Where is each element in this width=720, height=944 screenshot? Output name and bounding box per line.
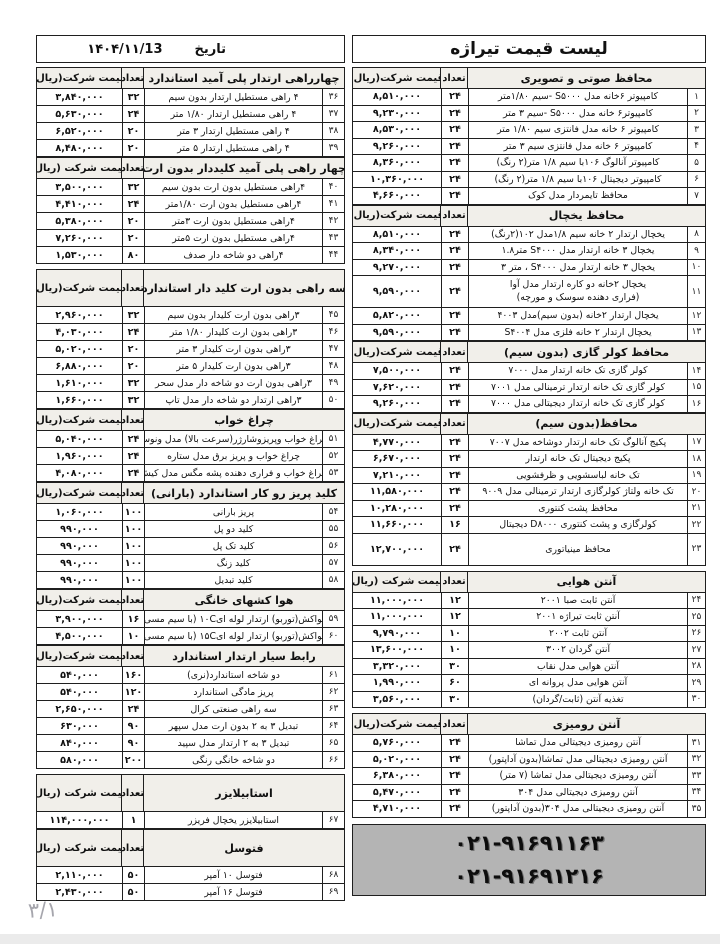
item-quantity: ۲۴ xyxy=(122,431,144,447)
item-description: آنتن رومیزی دیجیتالی مدل ۳۰۴(بدون آداپتو… xyxy=(468,801,687,817)
price-header: قیمت شرکت(ریال) xyxy=(353,206,440,226)
section-title: محافظ کولر گازی (بدون سیم) xyxy=(467,342,705,362)
row-number: ۶۲ xyxy=(322,684,344,700)
row-number: ۱۶ xyxy=(687,396,705,412)
item-description: آنتن هوایی مدل پروانه ای xyxy=(468,675,687,691)
item-quantity: ۱۶ xyxy=(441,517,468,533)
section-title: محافظ(بدون سیم) xyxy=(467,414,705,434)
item-price: ۴,۷۱۰,۰۰۰ xyxy=(353,801,441,817)
section-header-row: رابط سیار ارتدار استانداردتعدادقیمت شرکت… xyxy=(37,646,344,666)
item-quantity: ۲۴ xyxy=(441,122,468,138)
item-row: ۱۳یخچال ارتدار ۲ خانه فلزی مدل S۴۰۰۴۲۴۹,… xyxy=(353,324,705,341)
item-row: ۴۳۴راهی مستطیل بدون ارت ۵متر۲۰۷,۲۶۰,۰۰۰ xyxy=(37,229,344,246)
item-description: کامپیوتر ۶خانه مدل S۵۰۰۰ -سیم ۱/۸۰متر xyxy=(468,89,687,105)
item-price: ۵,۰۴۰,۰۰۰ xyxy=(37,431,122,447)
item-price: ۵۴۰,۰۰۰ xyxy=(37,684,122,700)
price-header: قیمت شرکت(ریال) xyxy=(353,342,440,362)
section-block: محافظ صوتی و تصویریتعدادقیمت شرکت(ریال)۱… xyxy=(352,67,706,205)
item-row: ۲۲کولرگازی و پشت کنتوری D۸۰۰۰ دیجیتال۱۶۱… xyxy=(353,516,705,533)
item-price: ۹۹۰,۰۰۰ xyxy=(37,538,122,554)
item-quantity: ۲۰ xyxy=(122,341,144,357)
item-description: پریز بارانی xyxy=(144,504,322,520)
item-price: ۵,۸۲۰,۰۰۰ xyxy=(353,308,441,324)
row-number: ۲۱ xyxy=(687,501,705,517)
section-header-row: سه راهی بدون ارت کلید دار استانداردتعداد… xyxy=(37,270,344,306)
row-number: ۲۸ xyxy=(687,659,705,675)
item-description: کامپیوتر آنالوگ ۱۰۶با سیم ۱/۸ متر(۲ رنگ) xyxy=(468,155,687,171)
item-row: ۱۶کولر گازی تک خانه ارتدار دیجیتالی مدل … xyxy=(353,395,705,412)
quantity-header: تعداد xyxy=(440,714,467,734)
item-row: ۴۰۴راهی مستطیل بدون ارت بدون سیم۳۲۳,۵۰۰,… xyxy=(37,178,344,195)
quantity-header: تعداد xyxy=(440,414,467,434)
item-row: ۵۸کلید تبدیل۱۰۰۹۹۰,۰۰۰ xyxy=(37,571,344,588)
item-description: ۴راهی مستطیل بدون ارت ۵متر xyxy=(144,230,322,246)
item-quantity: ۲۴ xyxy=(441,363,468,379)
item-price: ۵۴۰,۰۰۰ xyxy=(37,667,122,683)
row-number: ۶۷ xyxy=(322,812,344,828)
price-header: قیمت شرکت(ریال) xyxy=(37,590,121,610)
row-number: ۹ xyxy=(687,243,705,259)
item-description: آنتن رومیزی دیجیتالی مدل تماشا xyxy=(468,735,687,751)
item-quantity: ۱۲۰ xyxy=(122,684,144,700)
item-price: ۵,۳۸۰,۰۰۰ xyxy=(37,213,122,229)
item-row: ۹یخچال ۳ خانه ارتدار مدل S۴۰۰۰ متر۱.۸۲۴۸… xyxy=(353,242,705,259)
section-header-row: محافظ یخچالتعدادقیمت شرکت(ریال) xyxy=(353,206,705,226)
row-number: ۳۹ xyxy=(322,140,344,156)
row-number: ۲۰ xyxy=(687,484,705,500)
row-number: ۳ xyxy=(687,122,705,138)
row-number: ۳۵ xyxy=(687,801,705,817)
price-header: قیمت شرکت(ریال) xyxy=(353,68,440,88)
item-description: چراغ خواب و پریز برق مدل ستاره xyxy=(144,448,322,464)
item-description: ۴ راهی مستطیل ارتدار ۳ متر xyxy=(144,123,322,139)
item-row: ۴۱۴راهی مستطیل بدون ارت ۱/۸۰متر۲۴۴,۴۱۰,۰… xyxy=(37,195,344,212)
item-quantity: ۲۰ xyxy=(122,213,144,229)
item-price: ۹,۲۶۰,۰۰۰ xyxy=(353,396,441,412)
item-quantity: ۱۲ xyxy=(441,609,468,625)
item-quantity: ۱۰۰ xyxy=(122,521,144,537)
section-title: محافظ صوتی و تصویری xyxy=(467,68,705,88)
quantity-header: تعداد xyxy=(440,572,467,592)
item-price: ۹,۵۹۰,۰۰۰ xyxy=(353,276,441,307)
item-row: ۱۴کولر گازی تک خانه ارتدار مدل ۷۰۰۰۲۴۷,۵… xyxy=(353,362,705,379)
item-description: کامپیوتر ۶ خانه مدل فانتزی سیم ۱/۸۰ متر xyxy=(468,122,687,138)
item-quantity: ۳۲ xyxy=(122,89,144,105)
item-price: ۱,۹۶۰,۰۰۰ xyxy=(37,448,122,464)
section-block: چراغ خوابتعدادقیمت شرکت(ریال)۵۱چراغ خواب… xyxy=(36,409,345,482)
item-row: ۳۱آنتن رومیزی دیجیتالی مدل تماشا۲۴۵,۷۶۰,… xyxy=(353,734,705,751)
item-description: ۳راهی ارتدار دو شاخه دار مدل تاپ xyxy=(144,392,322,408)
item-quantity: ۲۰ xyxy=(122,358,144,374)
item-quantity: ۱۲ xyxy=(441,593,468,609)
item-quantity: ۲۴ xyxy=(441,106,468,122)
row-number: ۲۹ xyxy=(687,675,705,691)
item-description: کلید تبدیل xyxy=(144,572,322,588)
item-price: ۱,۵۳۰,۰۰۰ xyxy=(37,247,122,263)
document-title-box: لیست قیمت تیراژه xyxy=(352,35,706,63)
item-description: کامپیوتر دیجیتال ۱۰۶با سیم ۱/۸ متر(۲ رنگ… xyxy=(468,172,687,188)
item-quantity: ۱ xyxy=(122,812,144,828)
item-description: کلید دو پل xyxy=(144,521,322,537)
section-block: چهار راهی پلی آمید کلیددار بدون ارتتعداد… xyxy=(36,157,345,264)
item-quantity: ۳۰ xyxy=(441,692,468,708)
price-header: قیمت شرکت (ریال) xyxy=(37,158,121,178)
price-header: قیمت شرکت(ریال) xyxy=(353,714,440,734)
item-price: ۴,۶۶۰,۰۰۰ xyxy=(353,188,441,204)
item-description: ۴ راهی مستطیل ارتدار بدون سیم xyxy=(144,89,322,105)
item-price: ۱۰,۳۶۰,۰۰۰ xyxy=(353,172,441,188)
item-quantity: ۲۴ xyxy=(122,196,144,212)
item-row: ۲کامپیوتر۶ خانه مدل S۵۰۰۰ -سیم ۳ متر۲۴۹,… xyxy=(353,105,705,122)
row-number: ۲۲ xyxy=(687,517,705,533)
item-description: ۳راهی بدون ارت کلیدار ۱/۸۰ متر xyxy=(144,324,322,340)
quantity-header: تعداد xyxy=(121,270,143,306)
item-description: ۳راهی بدون ارت کلیدار ۵ متر xyxy=(144,358,322,374)
item-description: محافظ پشت کنتوری xyxy=(468,501,687,517)
row-number: ۱۵ xyxy=(687,380,705,396)
item-row: ۳۳آنتن رومیزی دیجیتالی مدل تماشا (۷ متر)… xyxy=(353,767,705,784)
row-number: ۵۶ xyxy=(322,538,344,554)
item-quantity: ۳۲ xyxy=(122,375,144,391)
section-header-row: چهارراهی ارتدار پلی آمید استانداردتعدادق… xyxy=(37,68,344,88)
item-quantity: ۲۴ xyxy=(441,308,468,324)
item-quantity: ۱۶ xyxy=(122,611,144,627)
item-price: ۶,۵۲۰,۰۰۰ xyxy=(37,123,122,139)
item-price: ۳,۳۲۰,۰۰۰ xyxy=(353,659,441,675)
row-number: ۳۴ xyxy=(687,785,705,801)
row-number: ۷ xyxy=(687,188,705,204)
item-description: آنتن رومیزی دیجیتالی مدل تماشا(بدون آداپ… xyxy=(468,752,687,768)
item-quantity: ۲۴ xyxy=(441,484,468,500)
row-number: ۴ xyxy=(687,139,705,155)
item-price: ۶,۳۸۰,۰۰۰ xyxy=(353,768,441,784)
row-number: ۴۰ xyxy=(322,179,344,195)
item-row: ۶۶دو شاخه خانگی رنگی۲۰۰۵۸۰,۰۰۰ xyxy=(37,751,344,768)
item-quantity: ۲۰۰ xyxy=(122,752,144,768)
item-row: ۵کامپیوتر آنالوگ ۱۰۶با سیم ۱/۸ متر(۲ رنگ… xyxy=(353,154,705,171)
item-description: ۴راهی مستطیل بدون ارت ۱/۸۰متر xyxy=(144,196,322,212)
date-value: ۱۴۰۴/۱۱/13 xyxy=(87,42,162,57)
item-description: محافظ مینیاتوری xyxy=(468,534,687,565)
item-price: ۶۳۰,۰۰۰ xyxy=(37,718,122,734)
item-description: آنتن ثابت صبا ۲۰۰۱ xyxy=(468,593,687,609)
item-price: ۶,۶۷۰,۰۰۰ xyxy=(353,451,441,467)
section-block: چهارراهی ارتدار پلی آمید استانداردتعدادق… xyxy=(36,67,345,157)
item-quantity: ۱۰۰ xyxy=(122,538,144,554)
item-description: دو شاخه خانگی رنگی xyxy=(144,752,322,768)
item-row: ۶۰هواکش(توربو) ارتدار لوله ای۱۵C (با سیم… xyxy=(37,627,344,644)
item-row: ۴کامپیوتر ۶ خانه مدل فانتزی سیم ۳ متر۲۴۹… xyxy=(353,138,705,155)
section-title: سه راهی بدون ارت کلید دار استاندارد xyxy=(143,270,344,306)
item-description: چراغ خواب و فراری دهنده پشه مگس مدل کیش xyxy=(144,465,322,481)
section-block: استابیلایزرتعدادقیمت شرکت (ریال)۶۷استابی… xyxy=(36,774,345,829)
item-quantity: ۲۴ xyxy=(441,451,468,467)
item-price: ۱۰,۲۸۰,۰۰۰ xyxy=(353,501,441,517)
phone-number: ۰۲۱-۹۱۶۹۱۱۶۳ xyxy=(454,831,604,855)
row-number: ۱۰ xyxy=(687,260,705,276)
item-row: ۵۲چراغ خواب و پریز برق مدل ستاره۲۴۱,۹۶۰,… xyxy=(37,447,344,464)
left-column-sections: چهارراهی ارتدار پلی آمید استانداردتعدادق… xyxy=(36,67,345,901)
row-number: ۴۵ xyxy=(322,307,344,323)
item-price: ۹,۲۶۰,۰۰۰ xyxy=(353,139,441,155)
item-price: ۵,۰۲۰,۰۰۰ xyxy=(353,752,441,768)
item-quantity: ۲۴ xyxy=(441,735,468,751)
item-row: ۴۸۳راهی بدون ارت کلیدار ۵ متر۲۰۶,۸۸۰,۰۰۰ xyxy=(37,357,344,374)
item-price: ۱۳,۶۰۰,۰۰۰ xyxy=(353,642,441,658)
item-row: ۵۵کلید دو پل۱۰۰۹۹۰,۰۰۰ xyxy=(37,520,344,537)
item-quantity: ۲۴ xyxy=(441,188,468,204)
item-quantity: ۲۰ xyxy=(122,140,144,156)
row-number: ۳۳ xyxy=(687,768,705,784)
item-row: ۲۸آنتن هوایی مدل نقاب۳۰۳,۳۲۰,۰۰۰ xyxy=(353,658,705,675)
item-description-lines: یخچال ۲خانه دو کاره ارتدار مدل آوا(فراری… xyxy=(510,279,646,304)
item-quantity: ۲۴ xyxy=(122,448,144,464)
row-number: ۱۲ xyxy=(687,308,705,324)
phone-number: ۰۲۱-۹۱۶۹۱۲۱۶ xyxy=(454,864,604,888)
item-description: ۴ راهی مستطیل ارتدار ۱/۸۰ متر xyxy=(144,106,322,122)
item-description: آنتن ثابت ۲۰۰۲ xyxy=(468,626,687,642)
item-row: ۶۸فتوسل ۱۰ آمپر۵۰۲,۱۱۰,۰۰۰ xyxy=(37,866,344,883)
item-quantity: ۲۴ xyxy=(441,155,468,171)
item-price: ۵,۶۳۰,۰۰۰ xyxy=(37,106,122,122)
item-price: ۷,۶۲۰,۰۰۰ xyxy=(353,380,441,396)
quantity-header: تعداد xyxy=(121,410,143,430)
quantity-header: تعداد xyxy=(440,206,467,226)
item-row: ۱۸پکیج دیجیتال تک خانه ارتدار۲۴۶,۶۷۰,۰۰۰ xyxy=(353,450,705,467)
price-header: قیمت شرکت (ریال) xyxy=(37,775,121,811)
item-description: ۳راهی بدون ارت کلیدار ۳ متر xyxy=(144,341,322,357)
item-description: کولرگازی و پشت کنتوری D۸۰۰۰ دیجیتال xyxy=(468,517,687,533)
item-price: ۲,۶۵۰,۰۰۰ xyxy=(37,701,122,717)
phone-box: ۰۲۱-۹۱۶۹۱۱۶۳ ۰۲۱-۹۱۶۹۱۲۱۶ xyxy=(352,824,706,896)
section-header-row: محافظ(بدون سیم)تعدادقیمت شرکت(ریال) xyxy=(353,414,705,434)
item-quantity: ۱۰۰ xyxy=(122,572,144,588)
section-block: آنتن رومیزیتعدادقیمت شرکت(ریال)۳۱آنتن رو… xyxy=(352,713,706,818)
item-row: ۳۵آنتن رومیزی دیجیتالی مدل ۳۰۴(بدون آداپ… xyxy=(353,800,705,817)
item-description: استابیلایزر یخچال فریزر xyxy=(144,812,322,828)
item-row: ۵۹هواکش(توربو) ارتدار لوله ای۱۰C (با سیم… xyxy=(37,610,344,627)
item-row: ۳۲آنتن رومیزی دیجیتالی مدل تماشا(بدون آد… xyxy=(353,751,705,768)
item-price: ۸,۵۳۰,۰۰۰ xyxy=(353,122,441,138)
item-quantity: ۲۴ xyxy=(122,324,144,340)
item-price: ۱,۹۹۰,۰۰۰ xyxy=(353,675,441,691)
item-quantity: ۲۰ xyxy=(122,123,144,139)
item-quantity: ۸۰ xyxy=(122,247,144,263)
item-description: تک خانه لباسشویی و ظرفشویی xyxy=(468,468,687,484)
item-quantity: ۲۴ xyxy=(441,89,468,105)
item-price: ۵۸۰,۰۰۰ xyxy=(37,752,122,768)
item-description: فتوسل ۱۶ آمپر xyxy=(144,884,322,900)
item-description: ۳راهی بدون ارت کلیدار بدون سیم xyxy=(144,307,322,323)
item-quantity: ۲۴ xyxy=(441,435,468,451)
quantity-header: تعداد xyxy=(121,775,143,811)
item-description: آنتن رومیزی دیجیتالی مدل تماشا (۷ متر) xyxy=(468,768,687,784)
item-quantity: ۱۰ xyxy=(441,626,468,642)
row-number: ۲۷ xyxy=(687,642,705,658)
item-description: پکیج دیجیتال تک خانه ارتدار xyxy=(468,451,687,467)
item-description: کولر گازی تک خانه ارتدار مدل ۷۰۰۰ xyxy=(468,363,687,379)
item-description: دو شاخه استاندارد(نری) xyxy=(144,667,322,683)
row-number: ۶۶ xyxy=(322,752,344,768)
item-row: ۸یخچال ارتدار ۲ خانه سیم ۱/۸مدل ۱۰۲(۲رنگ… xyxy=(353,226,705,243)
page-number: ۳/۱ xyxy=(28,897,59,923)
item-quantity: ۲۴ xyxy=(441,534,468,565)
row-number: ۵۷ xyxy=(322,555,344,571)
row-number: ۳۰ xyxy=(687,692,705,708)
section-header-row: چراغ خوابتعدادقیمت شرکت(ریال) xyxy=(37,410,344,430)
row-number: ۵۱ xyxy=(322,431,344,447)
item-row: ۶۹فتوسل ۱۶ آمپر۵۰۲,۴۳۰,۰۰۰ xyxy=(37,883,344,900)
row-number: ۱ xyxy=(687,89,705,105)
item-quantity: ۳۲ xyxy=(122,392,144,408)
item-row: ۲۶آنتن ثابت ۲۰۰۲۱۰۹,۷۹۰,۰۰۰ xyxy=(353,625,705,642)
item-quantity: ۹۰ xyxy=(122,718,144,734)
row-number: ۱۴ xyxy=(687,363,705,379)
item-row: ۲۹آنتن هوایی مدل پروانه ای۶۰۱,۹۹۰,۰۰۰ xyxy=(353,674,705,691)
item-price: ۳,۹۰۰,۰۰۰ xyxy=(37,611,122,627)
item-row: ۴۴۴راهی دو شاخه دار صدف۸۰۱,۵۳۰,۰۰۰ xyxy=(37,246,344,263)
item-row: ۱۵کولر گازی تک خانه ارتدار ترمینالی مدل … xyxy=(353,379,705,396)
item-price: ۸۴۰,۰۰۰ xyxy=(37,735,122,751)
item-quantity: ۱۶۰ xyxy=(122,667,144,683)
section-block: هوا کشهای خانگیتعدادقیمت شرکت(ریال)۵۹هوا… xyxy=(36,589,345,645)
row-number: ۶ xyxy=(687,172,705,188)
quantity-header: تعداد xyxy=(121,158,143,178)
section-block: محافظ یخچالتعدادقیمت شرکت(ریال)۸یخچال ار… xyxy=(352,205,706,342)
quantity-header: تعداد xyxy=(121,590,143,610)
section-title: آنتن رومیزی xyxy=(467,714,705,734)
row-number: ۴۲ xyxy=(322,213,344,229)
date-label: تاریخ xyxy=(195,42,227,57)
item-price: ۸,۳۴۰,۰۰۰ xyxy=(353,243,441,259)
item-price: ۴,۷۷۰,۰۰۰ xyxy=(353,435,441,451)
item-price: ۷,۲۱۰,۰۰۰ xyxy=(353,468,441,484)
item-description: ۴راهی مستطیل بدون ارت ۳متر xyxy=(144,213,322,229)
item-price: ۹,۲۷۰,۰۰۰ xyxy=(353,260,441,276)
item-row: ۶۲پریز مادگی استاندارد۱۲۰۵۴۰,۰۰۰ xyxy=(37,683,344,700)
item-description-line: (فراری دهنده سوسک و مورچه) xyxy=(510,292,646,305)
price-header: قیمت شرکت(ریال) xyxy=(353,414,440,434)
item-quantity: ۲۴ xyxy=(441,139,468,155)
section-block: فتوسلتعدادقیمت شرکت (ریال)۶۸فتوسل ۱۰ آمپ… xyxy=(36,829,345,901)
section-title: چهار راهی پلی آمید کلیددار بدون ارت xyxy=(143,158,344,178)
row-number: ۴۷ xyxy=(322,341,344,357)
scan-bottom-edge xyxy=(0,934,720,944)
page-title: لیست قیمت تیراژه xyxy=(450,39,607,59)
item-row: ۳۹۴ راهی مستطیل ارتدار ۵ متر۲۰۸,۴۸۰,۰۰۰ xyxy=(37,139,344,156)
row-number: ۵۵ xyxy=(322,521,344,537)
item-row: ۶۱دو شاخه استاندارد(نری)۱۶۰۵۴۰,۰۰۰ xyxy=(37,666,344,683)
item-row: ۶۵تبدیل ۳ به ۲ ارتدار مدل سپید۹۰۸۴۰,۰۰۰ xyxy=(37,734,344,751)
item-row: ۳۴آنتن رومیزی دیجیتالی مدل ۳۰۴۲۴۵,۴۷۰,۰۰… xyxy=(353,784,705,801)
section-block: آنتن هواییتعدادقیمت شرکت (ریال)۲۴آنتن ثا… xyxy=(352,571,706,709)
item-price: ۱,۰۶۰,۰۰۰ xyxy=(37,504,122,520)
item-description: تبدیل ۳ به ۲ ارتدار مدل سپید xyxy=(144,735,322,751)
item-row: ۲۴آنتن ثابت صبا ۲۰۰۱۱۲۱۱,۰۰۰,۰۰۰ xyxy=(353,592,705,609)
quantity-header: تعداد xyxy=(121,68,143,88)
row-number: ۶۴ xyxy=(322,718,344,734)
item-description: کلید زنگ xyxy=(144,555,322,571)
item-description: کامپیوتر۶ خانه مدل S۵۰۰۰ -سیم ۳ متر xyxy=(468,106,687,122)
section-block: سه راهی بدون ارت کلید دار استانداردتعداد… xyxy=(36,269,345,409)
row-number: ۱۸ xyxy=(687,451,705,467)
section-title: هوا کشهای خانگی xyxy=(143,590,344,610)
row-number: ۵۰ xyxy=(322,392,344,408)
item-row: ۵۷کلید زنگ۱۰۰۹۹۰,۰۰۰ xyxy=(37,554,344,571)
section-title: کلید پریز رو کار استاندارد (بارانی) xyxy=(143,483,344,503)
item-price: ۹۹۰,۰۰۰ xyxy=(37,555,122,571)
price-header: قیمت شرکت(ریال) xyxy=(37,646,121,666)
item-price: ۹۹۰,۰۰۰ xyxy=(37,521,122,537)
item-row: ۵۴پریز بارانی۱۰۰۱,۰۶۰,۰۰۰ xyxy=(37,503,344,520)
quantity-header: تعداد xyxy=(121,483,143,503)
item-row: ۳کامپیوتر ۶ خانه مدل فانتزی سیم ۱/۸۰ متر… xyxy=(353,121,705,138)
row-number: ۳۷ xyxy=(322,106,344,122)
row-number: ۶۳ xyxy=(322,701,344,717)
row-number: ۶۱ xyxy=(322,667,344,683)
item-row: ۱۱یخچال ۲خانه دو کاره ارتدار مدل آوا(فرا… xyxy=(353,275,705,307)
item-description: تبدیل ۳ به ۲ بدون ارت مدل سپهر xyxy=(144,718,322,734)
section-block: رابط سیار ارتدار استانداردتعدادقیمت شرکت… xyxy=(36,645,345,769)
item-price: ۴,۰۳۰,۰۰۰ xyxy=(37,324,122,340)
item-description: یخچال ۲خانه دو کاره ارتدار مدل آوا(فراری… xyxy=(468,276,687,307)
item-description: پریز مادگی استاندارد xyxy=(144,684,322,700)
section-header-row: کلید پریز رو کار استاندارد (بارانی)تعداد… xyxy=(37,483,344,503)
section-header-row: چهار راهی پلی آمید کلیددار بدون ارتتعداد… xyxy=(37,158,344,178)
row-number: ۵۸ xyxy=(322,572,344,588)
item-row: ۴۲۴راهی مستطیل بدون ارت ۳متر۲۰۵,۳۸۰,۰۰۰ xyxy=(37,212,344,229)
section-header-row: هوا کشهای خانگیتعدادقیمت شرکت(ریال) xyxy=(37,590,344,610)
row-number: ۶۸ xyxy=(322,867,344,883)
item-row: ۳۸۴ راهی مستطیل ارتدار ۳ متر۲۰۶,۵۲۰,۰۰۰ xyxy=(37,122,344,139)
item-row: ۴۵۳راهی بدون ارت کلیدار بدون سیم۳۲۲,۹۶۰,… xyxy=(37,306,344,323)
price-header: قیمت شرکت (ریال) xyxy=(353,572,440,592)
row-number: ۱۱ xyxy=(687,276,705,307)
price-header: قیمت شرکت(ریال) xyxy=(37,483,121,503)
item-row: ۲۵آنتن ثابت تیراژه ۲۰۰۱۱۲۱۱,۰۰۰,۰۰۰ xyxy=(353,608,705,625)
row-number: ۶۰ xyxy=(322,628,344,644)
item-price: ۱۱,۰۰۰,۰۰۰ xyxy=(353,593,441,609)
item-price: ۶,۸۸۰,۰۰۰ xyxy=(37,358,122,374)
item-row: ۶۴تبدیل ۳ به ۲ بدون ارت مدل سپهر۹۰۶۳۰,۰۰… xyxy=(37,717,344,734)
item-quantity: ۵۰ xyxy=(122,867,144,883)
row-number: ۳۶ xyxy=(322,89,344,105)
price-header: قیمت شرکت(ریال) xyxy=(37,270,121,306)
item-row: ۶۷استابیلایزر یخچال فریزر۱۱۱۴,۰۰۰,۰۰۰ xyxy=(37,811,344,828)
row-number: ۵۲ xyxy=(322,448,344,464)
item-description-line: یخچال ۲خانه دو کاره ارتدار مدل آوا xyxy=(510,279,646,292)
item-row: ۶کامپیوتر دیجیتال ۱۰۶با سیم ۱/۸ متر(۲ رن… xyxy=(353,171,705,188)
item-price: ۸,۴۸۰,۰۰۰ xyxy=(37,140,122,156)
item-description: کولر گازی تک خانه ارتدار دیجیتالی مدل ۷۰… xyxy=(468,396,687,412)
item-price: ۸,۵۱۰,۰۰۰ xyxy=(353,89,441,105)
item-description: کلید تک پل xyxy=(144,538,322,554)
item-row: ۴۷۳راهی بدون ارت کلیدار ۳ متر۲۰۵,۰۲۰,۰۰۰ xyxy=(37,340,344,357)
item-row: ۱۷پکیج آنالوگ تک خانه ارتدار دوشاخه مدل … xyxy=(353,434,705,451)
item-description: فتوسل ۱۰ آمپر xyxy=(144,867,322,883)
item-row: ۲۰تک خانه ولتاژ کولرگازی ارتدار ترمینالی… xyxy=(353,483,705,500)
row-number: ۴۱ xyxy=(322,196,344,212)
item-description: کامپیوتر ۶ خانه مدل فانتزی سیم ۳ متر xyxy=(468,139,687,155)
row-number: ۱۳ xyxy=(687,325,705,341)
item-price: ۵,۴۷۰,۰۰۰ xyxy=(353,785,441,801)
item-quantity: ۲۴ xyxy=(441,260,468,276)
item-description: تک خانه ولتاژ کولرگازی ارتدار ترمینالی م… xyxy=(468,484,687,500)
item-quantity: ۲۴ xyxy=(122,106,144,122)
item-price: ۲,۱۱۰,۰۰۰ xyxy=(37,867,122,883)
item-quantity: ۲۴ xyxy=(441,325,468,341)
item-row: ۵۳چراغ خواب و فراری دهنده پشه مگس مدل کی… xyxy=(37,464,344,481)
